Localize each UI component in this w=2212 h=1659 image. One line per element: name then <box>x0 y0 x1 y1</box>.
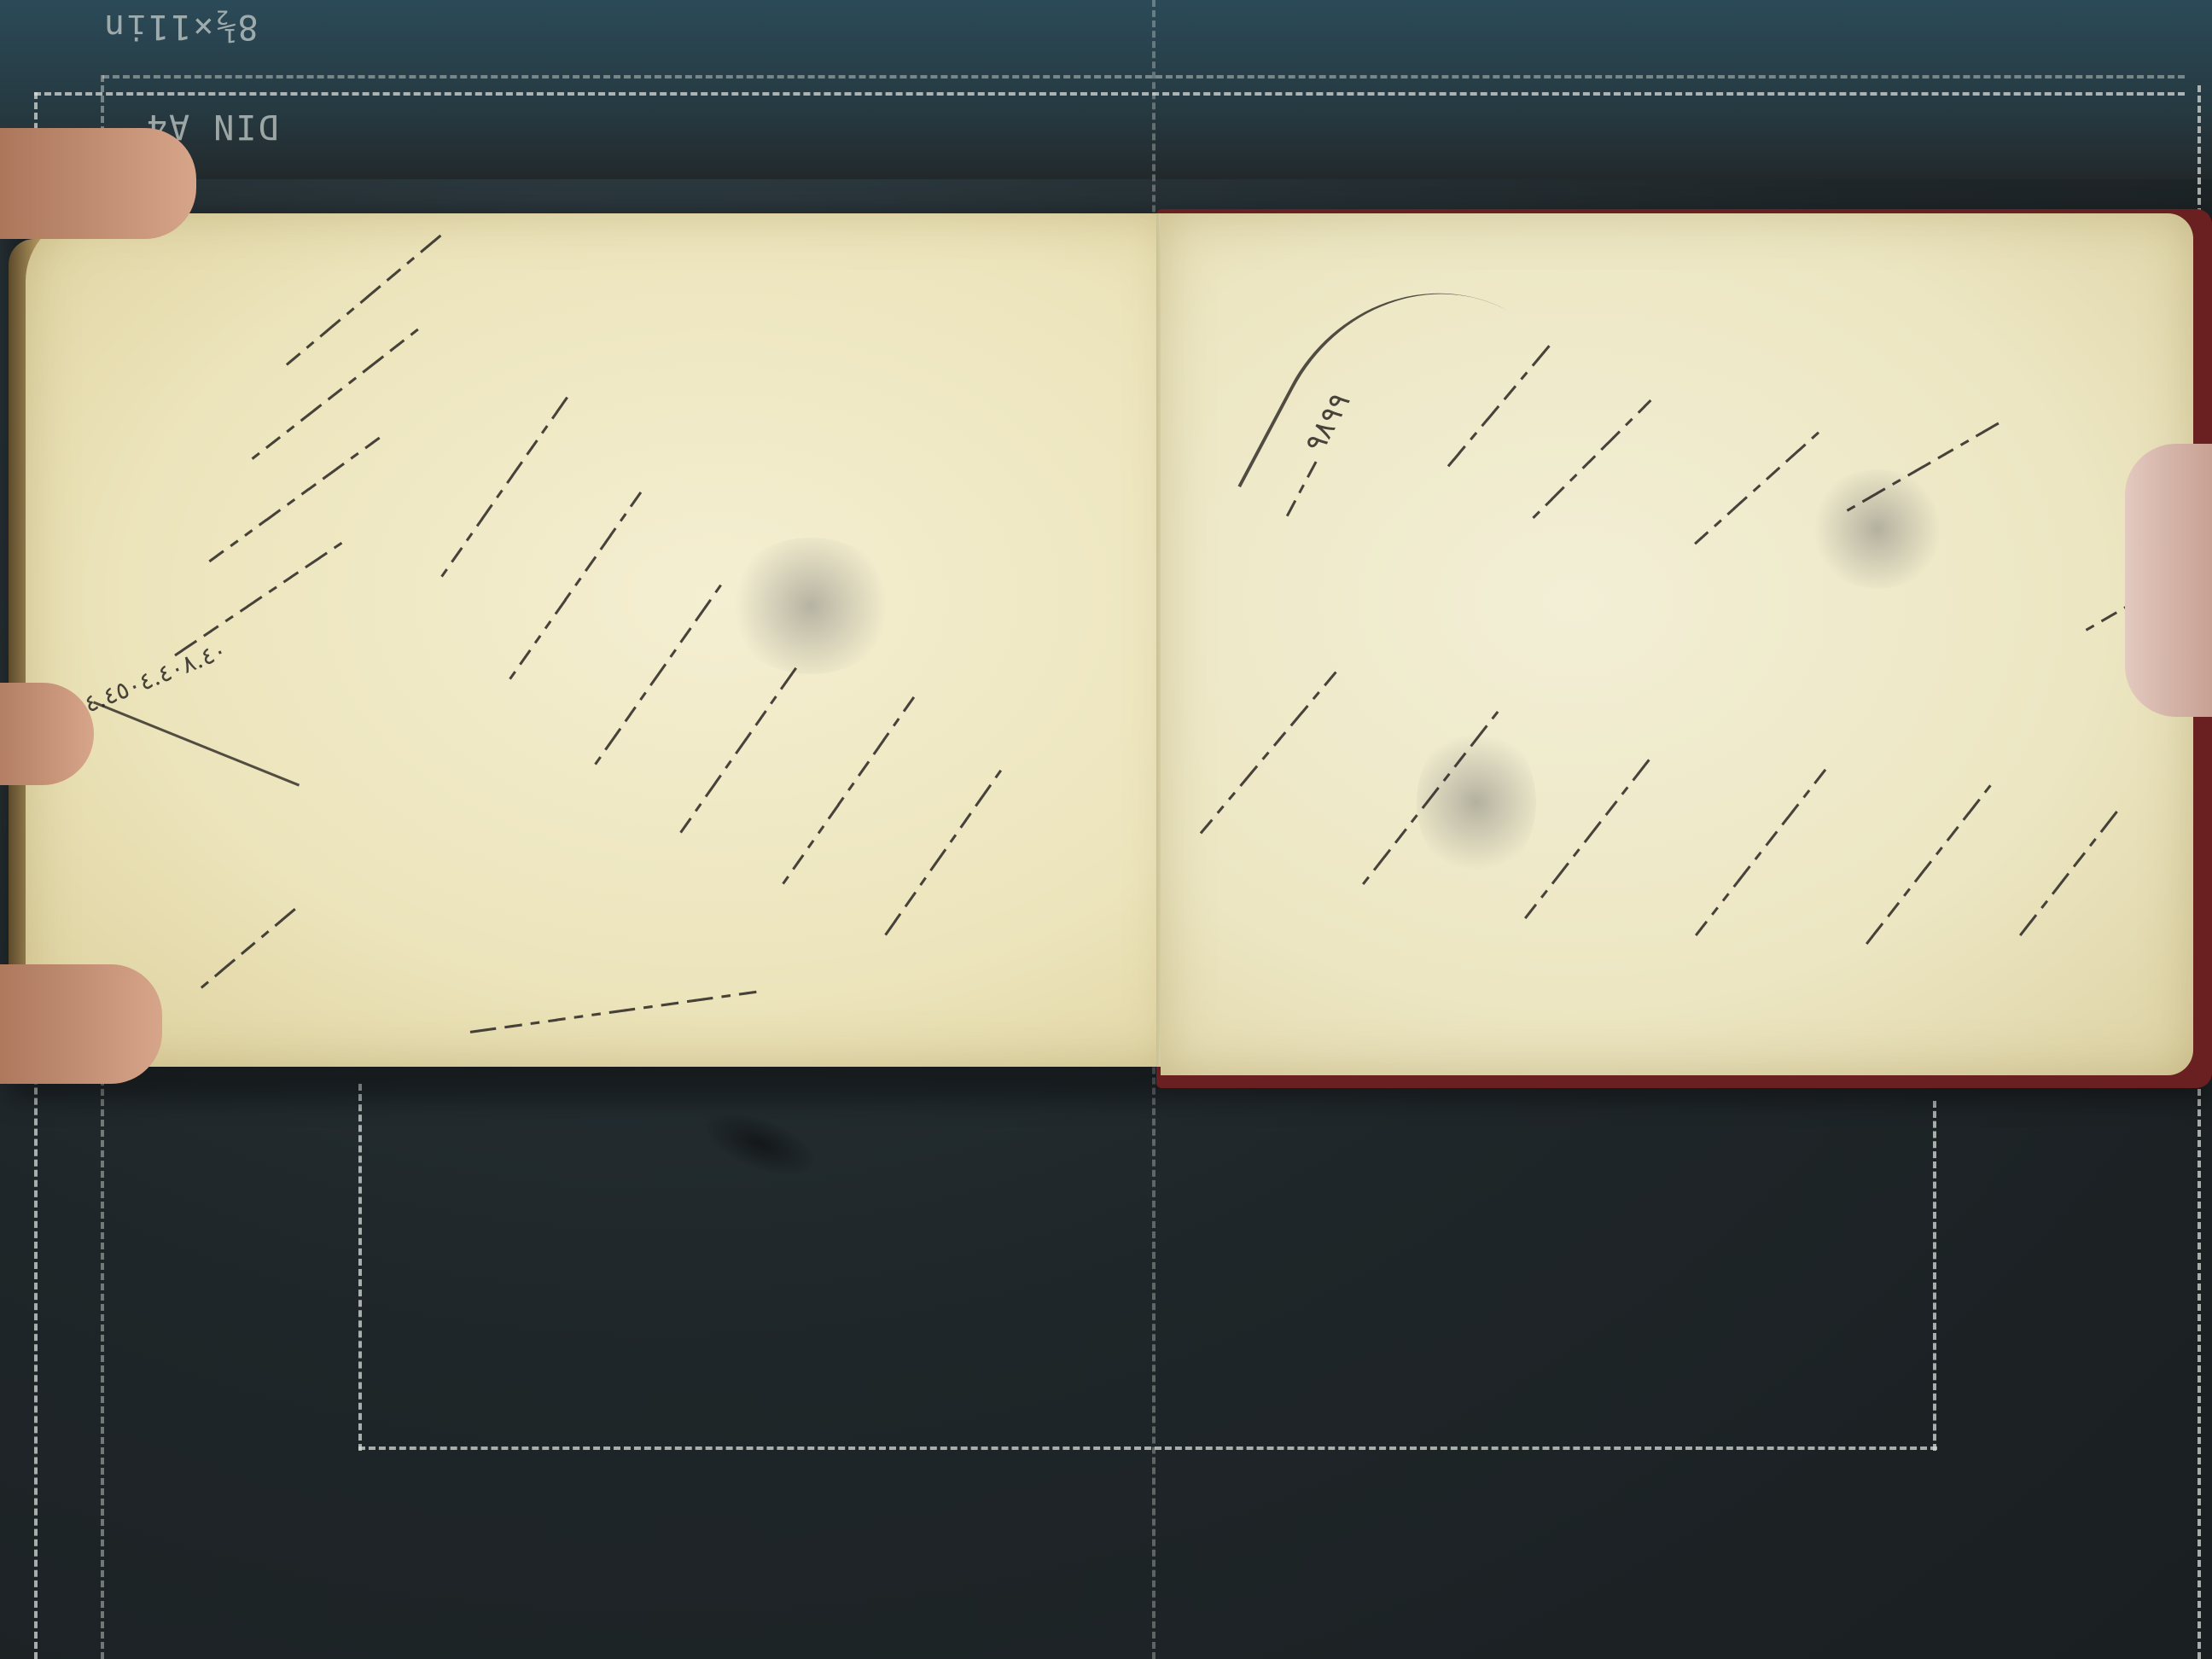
handwritten-line: ـ ـــ ــ ـ ـــ ـ ــ <box>1679 414 1825 550</box>
thumb-right <box>2125 444 2212 717</box>
finger-left-bottom <box>0 964 162 1084</box>
mat-guide-line <box>358 1084 362 1451</box>
right-page: ٩٨٩٩ ــ ـ ــ ـــ ـ ــ ـــ ـ ـــ ــ ـ ـــ… <box>1161 213 2193 1075</box>
handwritten-line: ـ ـــ ــ ـ ـــ ـ ــ ـــ ـ <box>575 571 728 769</box>
handwritten-line: ـ ـــ ــ ـ ـــ ـ ــ ـــ <box>1847 770 1997 949</box>
ink-smudge <box>725 538 896 674</box>
handwritten-line: ـــ ـ ــ ـــ ـ ـــ ـ ــ <box>661 654 804 837</box>
handwritten-line: ـــ ـ ــ ـــ ـ ـــ ـ ــ ـ <box>422 383 574 581</box>
left-page: ـــ ـ ــ ـــ ـ ـــ ـ ــ ـ ــ ـــ ـ ــ ــ… <box>26 213 1178 1067</box>
cutting-mat-top-band <box>0 0 2212 179</box>
finger-left-top <box>0 128 196 239</box>
handwritten-line: ــ ـ ـــ ــ ـ ـــ ـ ـ ــ ـ <box>763 683 922 888</box>
mat-guide-line <box>1933 1101 1936 1451</box>
mat-guide-line <box>102 75 2185 79</box>
handwritten-line: ـــ ـ ــ ـــ ـ ـــ <box>2000 796 2124 940</box>
handwritten-line: ـ ـــ ــ ـ ـــ ـ ــ ـــ <box>161 522 346 663</box>
underline-rule <box>93 701 300 786</box>
mat-guide-line <box>34 92 2185 96</box>
handwritten-line: ــ ـ ـــ ــ ـ ـــ ـ ـ ــ ـ <box>490 478 649 684</box>
mat-guide-line <box>358 1447 1937 1450</box>
handwritten-line: ــ ـ ـــ ــ ـ ـــ ـ ـ ــ <box>1676 754 1832 940</box>
handwritten-line: ـــ ـ ــ ـــ ـ <box>185 890 300 994</box>
handwritten-line: ــ ـ ـــ ــ ـ ـــ ـ ـ ــ ـ ــ ـــ <box>467 967 757 1041</box>
mat-label-letter: 8½×11in <box>102 7 259 46</box>
handwritten-line: ــ ـ ـــ ــ ـ ـــ ـ ـ ــ <box>1182 656 1343 839</box>
curved-rule <box>1237 237 1598 608</box>
handwritten-line: ـ ـــ ــ ـ ـــ ـ ــ ـــ <box>865 756 1009 940</box>
